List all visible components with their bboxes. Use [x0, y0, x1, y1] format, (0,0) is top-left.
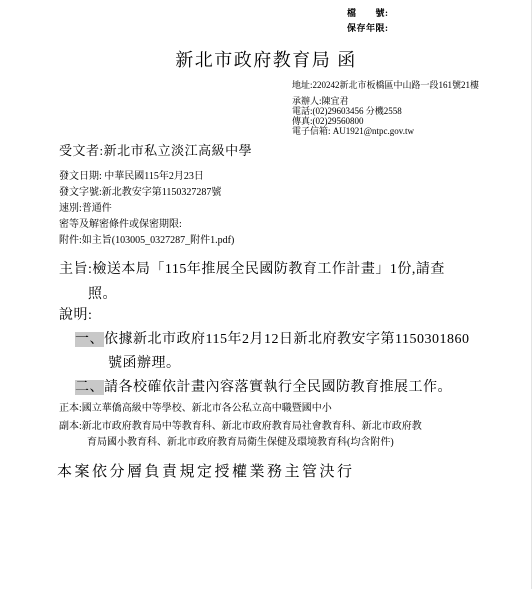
doc-number-line: 發文字號:新北教安字第1150327287號 — [59, 185, 234, 201]
email-line: 電子信箱: AU1921@ntpc.gov.tw — [292, 126, 528, 136]
delivery-speed-line: 速別:普通件 — [59, 201, 234, 217]
item-1-marker: 一、 — [75, 332, 104, 347]
explanation-item-1-continuation: 號函辦理。 — [108, 352, 469, 376]
explanation-item-1: 一、依據新北市政府115年2月12日新北府教安字第1150301860 — [75, 328, 469, 352]
agency-contact-block: 地址:220242新北市板橋區中山路一段161號21樓 承辦人:陳宜君 電話:(… — [292, 80, 528, 136]
subject-block: 主旨:檢送本局「115年推展全民國防教育工作計畫」1份,請查 照。 — [59, 257, 445, 307]
copy-cc-line: 副本:新北市政府教育局中等教育科、新北市政府教育局社會教育科、新北市政府教 — [59, 419, 499, 435]
document-meta-block: 發文日期: 中華民國115年2月23日 發文字號:新北教安字第115032728… — [59, 169, 234, 249]
item-1-text: 依據新北市政府115年2月12日新北府教安字第1150301860 — [104, 332, 469, 347]
attachment-line: 附件:如主旨(103005_0327287_附件1.pdf) — [59, 233, 234, 249]
explanation-block: 說明: 一、依據新北市政府115年2月12日新北府教安字第1150301860 … — [59, 304, 469, 400]
explanation-heading: 說明: — [59, 304, 469, 328]
contact-person: 承辦人:陳宜君 — [292, 96, 528, 106]
agency-address: 地址:220242新北市板橋區中山路一段161號21樓 — [292, 80, 528, 90]
official-letter-page: 檔 號: 保存年限: 新北市政府教育局 函 地址:220242新北市板橋區中山路… — [0, 0, 532, 589]
retention-period-label: 保存年限: — [347, 21, 389, 36]
file-number-block: 檔 號: 保存年限: — [347, 6, 389, 36]
decision-authorization-note: 本案依分層負責規定授權業務主管決行 — [57, 460, 355, 481]
explanation-item-2: 二、請各校確依計畫內容落實執行全民國防教育推展工作。 — [75, 376, 469, 400]
item-2-marker: 二、 — [75, 380, 104, 395]
file-number-label: 檔 號: — [347, 6, 389, 21]
security-classification-line: 密等及解密條件或保密期限: — [59, 217, 234, 233]
copy-original-line: 正本:國立華僑高級中等學校、新北市各公私立高中職暨國中小 — [59, 401, 499, 417]
recipient-line: 受文者:新北市私立淡江高級中學 — [59, 140, 252, 159]
item-2-text: 請各校確依計畫內容落實執行全民國防教育推展工作。 — [104, 380, 452, 395]
copies-block: 正本:國立華僑高級中等學校、新北市各公私立高中職暨國中小 副本:新北市政府教育局… — [59, 401, 499, 451]
phone-line: 電話:(02)29603456 分機2558 — [292, 106, 528, 116]
fax-line: 傳真:(02)29560800 — [292, 116, 528, 126]
subject-line: 主旨:檢送本局「115年推展全民國防教育工作計畫」1份,請查 — [59, 257, 445, 282]
issue-date-line: 發文日期: 中華民國115年2月23日 — [59, 169, 234, 185]
copy-cc-continuation: 育局國小教育科、新北市政府教育局衛生保健及環境教育科(均含附件) — [87, 435, 499, 451]
document-title: 新北市政府教育局 函 — [0, 46, 532, 72]
